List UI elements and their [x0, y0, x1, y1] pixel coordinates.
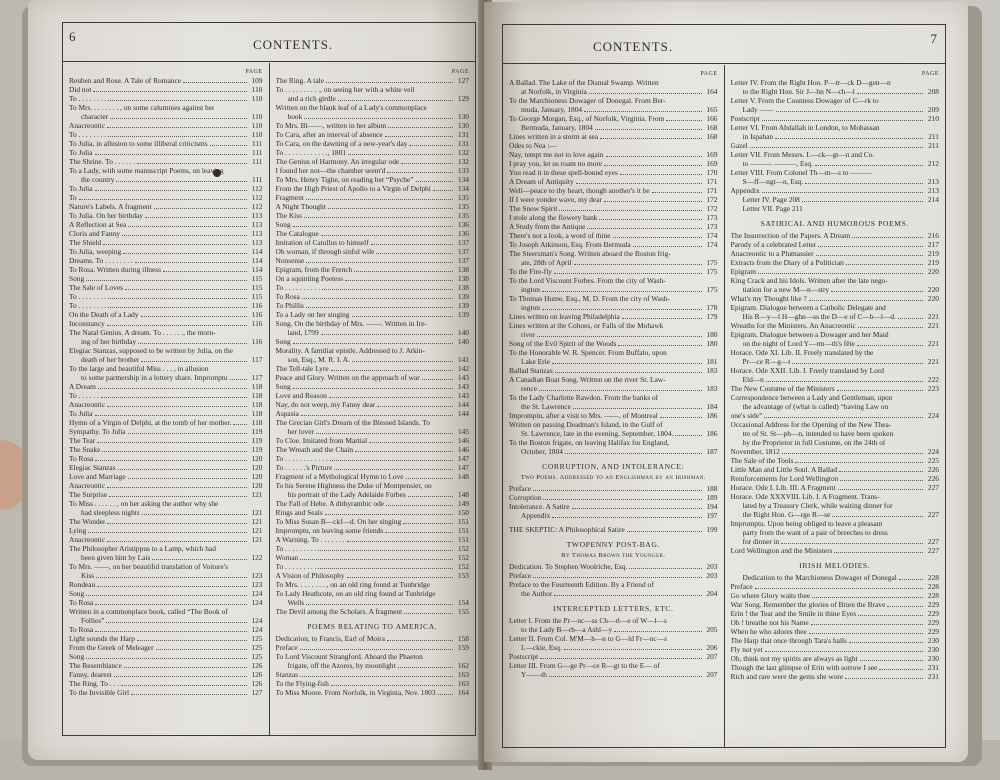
toc-entry-page: 231 — [925, 672, 939, 681]
toc-entry-page: 119 — [249, 427, 263, 436]
toc-entry: Appendix213 — [731, 186, 940, 195]
toc-entry-page: 172 — [704, 204, 718, 213]
dot-leader — [554, 273, 702, 274]
toc-entry-title: Horace. Ode XXXVIII. Lib. I. A Fragment.… — [731, 492, 880, 501]
toc-entry: Aspasia144 — [276, 409, 470, 418]
dot-leader — [98, 388, 247, 389]
toc-entry: To . . . . . . . . . ., on seeing her wi… — [276, 85, 470, 94]
toc-entry: King Crack and his Idols. Written after … — [731, 276, 940, 285]
toc-entry-page: 119 — [249, 436, 263, 445]
toc-entry: Anacreontic to a Plumassier219 — [731, 249, 940, 258]
toc-entry-title: To Mrs. Henry Tighe, on reading her “Psy… — [276, 175, 414, 184]
toc-entry-title: her lover — [288, 427, 314, 436]
toc-entry-page: 144 — [455, 400, 469, 409]
toc-entry-title: To — [69, 193, 77, 202]
toc-entry-page: 111 — [249, 175, 263, 184]
dot-leader — [316, 433, 453, 434]
toc-entry: and a rich girdle129 — [276, 94, 470, 103]
toc-entry-page: 138 — [455, 283, 469, 292]
toc-entry: The Resemblance126 — [69, 661, 263, 670]
toc-entry-page: 111 — [249, 148, 263, 157]
toc-entry-title: Impromptu. Upon being obliged to leave a… — [731, 519, 883, 528]
toc-entry-page: 152 — [455, 562, 469, 571]
left-page-column-2: PAGE The Ring. A tale127To . . . . . . .… — [269, 63, 476, 735]
toc-entry-page: 148 — [455, 490, 469, 499]
toc-entry: To . . . . . . . .110 — [69, 94, 263, 103]
toc-entry-title: To . . . . . . . . . — [276, 562, 317, 571]
dot-leader — [128, 433, 247, 434]
toc-entry: Peace and Glory. Written on the approach… — [276, 373, 470, 382]
toc-entry: To Mrs. . . . . . . . , on some calumnie… — [69, 103, 263, 112]
toc-entry-page: 158 — [455, 634, 469, 643]
toc-entry-page: 121 — [249, 526, 263, 535]
toc-entry-page: 110 — [249, 121, 263, 130]
toc-entry: to ——— ———, Esq.212 — [731, 159, 940, 168]
dot-leader — [775, 138, 923, 139]
toc-entry-page: 116 — [249, 310, 263, 319]
toc-entry: Impromptu, on leaving some friends151 — [276, 526, 470, 535]
toc-entry: Lines written in a storm at sea168 — [509, 132, 718, 141]
toc-entry-title: Song of the Evil Spirit of the Woods — [509, 339, 616, 348]
toc-entry-page: 129 — [455, 94, 469, 103]
toc-entry: The Fall of Hebe. A dithyrambic ode149 — [276, 499, 470, 508]
toc-entry-page: 212 — [925, 159, 939, 168]
dot-leader — [301, 415, 453, 416]
dot-leader — [433, 190, 453, 191]
toc-entry-title: To Mrs. ——, on her beautiful translation… — [69, 562, 228, 571]
dot-leader — [154, 208, 247, 209]
toc-entry: A Night Thought135 — [276, 202, 470, 211]
toc-entry-title: Inconstancy — [69, 319, 105, 328]
toc-entry-title: Lady —— — [743, 105, 775, 114]
toc-entry: To the Fire-fly175 — [509, 267, 718, 276]
toc-entry: been given him by Lais122 — [69, 553, 263, 562]
toc-entry-title: Anacreontic — [69, 481, 105, 490]
dot-leader — [331, 685, 453, 686]
dot-leader — [377, 406, 453, 407]
dot-leader — [555, 372, 702, 373]
toc-entry-page: 230 — [925, 636, 939, 645]
dot-leader — [300, 676, 453, 677]
toc-entry: To Julia118 — [69, 409, 263, 418]
toc-entry: The Natal Genius. A dream. To . . . . . … — [69, 328, 263, 337]
toc-entry-title: To Miss Susan B—ckf—d. On her singing — [276, 517, 402, 526]
toc-entry: Kiss123 — [69, 571, 263, 580]
toc-entry: If I were yonder wave, my dear172 — [509, 195, 718, 204]
toc-entry: to the Right Hon. Sir J—hn N—ch—l208 — [731, 87, 940, 96]
toc-entry: Postscript207 — [509, 652, 718, 661]
toc-entry-title: the Right Hon. G—rge R—se — [743, 510, 831, 519]
toc-entry-title: Ballad Stanzas — [509, 366, 553, 375]
toc-entry-title: The Steersman's Song. Written aboard the… — [509, 249, 671, 258]
toc-entry: Eld—n222 — [731, 375, 940, 384]
toc-entry-title: To the large and beautiful Miss . . . , … — [69, 364, 209, 373]
toc-entry-title: To Mrs. . . . . . . . , on some calumnie… — [69, 103, 214, 112]
toc-entry-page: 136 — [455, 229, 469, 238]
toc-entry: Gazel211 — [731, 141, 940, 150]
toc-entry-page: 213 — [925, 186, 939, 195]
toc-entry-title: To Joseph Atkinson, Esq. From Bermuda — [509, 240, 631, 249]
dot-leader — [792, 363, 923, 364]
toc-entry-title: Erin ! the Tear and the Smile in thine E… — [731, 609, 857, 618]
toc-entry-title: To . . . . . . . . — [69, 94, 106, 103]
toc-entry: Fly not yet230 — [731, 645, 940, 654]
dot-leader — [403, 523, 453, 524]
toc-entry: To Julia112 — [69, 184, 263, 193]
dot-leader — [898, 318, 923, 319]
toc-entry: Reinforcements for Lord Wellington226 — [731, 474, 940, 483]
dot-leader — [142, 514, 247, 515]
toc-entry: S—ff—ngt—n, Esq.213 — [731, 177, 940, 186]
dot-leader — [542, 291, 702, 292]
dot-leader — [554, 595, 701, 596]
toc-entry-page: 147 — [455, 463, 469, 472]
toc-entry: tre of St. St—ph—n, intended to have bee… — [731, 429, 940, 438]
toc-entry: Epigram, from the French138 — [276, 265, 470, 274]
toc-entry-page: 139 — [455, 310, 469, 319]
toc-entry: The Harp that once through Tara's halls2… — [731, 636, 940, 645]
left-page-column-1: PAGE Reuben and Rose. A Tale of Romance1… — [63, 63, 269, 735]
toc-entry-title: book — [288, 112, 303, 121]
toc-entry: The Kiss135 — [276, 211, 470, 220]
toc-entry-page: 146 — [455, 445, 469, 454]
toc-entry-page: 118 — [249, 382, 263, 391]
dot-leader — [666, 120, 701, 121]
toc-entry-page: 226 — [925, 474, 939, 483]
toc-entry-title: A Warning. To . . . . . . . — [276, 535, 345, 544]
toc-entry: Anacreontic110 — [69, 121, 263, 130]
toc-entry-page: 159 — [455, 643, 469, 652]
toc-entry-title: The Philosopher Aristippus to a Lamp, wh… — [69, 544, 216, 553]
dot-leader — [572, 508, 702, 509]
toc-entry-title: To . . . . . .'s Picture — [276, 463, 333, 472]
section-heading-corruption: CORRUPTION, AND INTOLERANCE: — [509, 462, 718, 471]
toc-entry: To Rosa120 — [69, 454, 263, 463]
toc-entry: Anacreontic120 — [69, 481, 263, 490]
toc-entry: Song125 — [69, 652, 263, 661]
toc-entry-page: 110 — [249, 130, 263, 139]
toc-entry: Horace. Ode I. Lib. III. A Fragment227 — [731, 483, 940, 492]
toc-entry-page: 180 — [704, 339, 718, 348]
dot-leader — [613, 237, 702, 238]
toc-entry-page: 163 — [455, 670, 469, 679]
toc-entry-title: To Rosa — [276, 292, 300, 301]
toc-entry-title: the advantage of (what is called) “havin… — [743, 402, 889, 411]
toc-entry-page: 178 — [704, 303, 718, 312]
dot-leader — [331, 370, 453, 371]
toc-entry-page: 115 — [249, 274, 263, 283]
dot-leader — [564, 649, 702, 650]
toc-entry: Correspondence between a Lady and Gentle… — [731, 393, 940, 402]
dot-leader — [587, 228, 701, 229]
dot-leader — [622, 318, 702, 319]
toc-entry-page: 139 — [455, 292, 469, 301]
toc-entry: Anacreontic121 — [69, 535, 263, 544]
toc-entry-title: for dinner in — [743, 537, 780, 546]
toc-entry-title: What's my Thought like ? — [731, 294, 807, 303]
toc-entry-page: 120 — [249, 481, 263, 490]
toc-entry: The Devil among the Scholars. A fragment… — [276, 607, 470, 616]
toc-entry-page: 112 — [249, 202, 263, 211]
toc-entry-title: Preface — [509, 571, 531, 580]
dot-leader — [633, 246, 702, 247]
toc-entry: To Mrs. . . . . . . . , on an old ring f… — [276, 580, 470, 589]
toc-entry: The Wreath and the Chain146 — [276, 445, 470, 454]
right-page-title: CONTENTS. — [593, 39, 673, 55]
toc-entry-page: 222 — [925, 375, 939, 384]
dot-leader — [304, 118, 453, 119]
toc-entry-page: 140 — [455, 328, 469, 337]
toc-entry-title: Appendix — [731, 186, 760, 195]
toc-entry-title: To Rosa. Written during illness — [69, 265, 161, 274]
toc-entry-title: To Thomas Hume, Esq., M. D. From the cit… — [509, 294, 670, 303]
toc-entry: Ballad Stanzas183 — [509, 366, 718, 375]
toc-entry-title: To . . . . . . . . . . — [276, 283, 321, 292]
toc-entry-title: to the Right Hon. Sir J—hn N—ch—l — [743, 87, 855, 96]
toc-entry-page: 126 — [249, 661, 263, 670]
toc-entry-page: 146 — [455, 436, 469, 445]
toc-entry-title: had sleepless nights — [81, 508, 140, 517]
toc-entry-title: Letter VIII. From Colonel Th—m—s to ——— — [731, 168, 873, 177]
toc-entry-page: 162 — [455, 661, 469, 670]
toc-entry-page: 173 — [704, 222, 718, 231]
dot-leader — [306, 307, 453, 308]
toc-entry: Preface to the Fourteenth Edition. By a … — [509, 580, 718, 589]
toc-entry: A Dream of Antiquity171 — [509, 177, 718, 186]
dot-leader — [102, 451, 246, 452]
dot-leader — [321, 235, 453, 236]
toc-entry: To . . . . . . . . .152 — [276, 544, 470, 553]
dot-leader — [438, 694, 453, 695]
dot-leader — [369, 442, 453, 443]
toc-entry: the country111 — [69, 175, 263, 184]
toc-entry-page: 147 — [455, 454, 469, 463]
toc-entry-page: 135 — [455, 202, 469, 211]
dot-leader — [122, 235, 247, 236]
dot-leader — [233, 424, 246, 425]
toc-entry-page: 168 — [704, 132, 718, 141]
toc-entry: To Mrs. Henry Tighe, on reading her “Psy… — [276, 175, 470, 184]
toc-entry-page: 127 — [455, 76, 469, 85]
toc-entry-title: Nay, do not weep, my Fanny dear — [276, 400, 376, 409]
toc-entry: To Phillis139 — [276, 301, 470, 310]
toc-entry: The Shield113 — [69, 238, 263, 247]
dot-leader — [533, 490, 701, 491]
toc-entry-page: 116 — [249, 337, 263, 346]
toc-entry-page: 116 — [249, 319, 263, 328]
toc-entry-page: 131 — [455, 130, 469, 139]
toc-entry-title: Epigram. Dialogue between a Catholic Del… — [731, 303, 886, 312]
toc-entry: To . . . . . . . . .152 — [276, 562, 470, 571]
toc-entry-title: by the Proprietor in full Costume, on th… — [743, 438, 886, 447]
toc-entry-title: Dedication, to Francis, Earl of Moira — [276, 634, 385, 643]
toc-entry: the Right Hon. G—rge R—se227 — [731, 510, 940, 519]
toc-entry: Bermuda, January, 1804168 — [509, 123, 718, 132]
toc-entry: river180 — [509, 330, 718, 339]
toc-entry-title: To George Morgan, Esq., of Norfolk, Virg… — [509, 114, 664, 123]
toc-entry-title: one's side” — [731, 411, 763, 420]
dot-leader — [834, 552, 923, 553]
toc-entry: Nay, do not weep, my Fanny dear144 — [276, 400, 470, 409]
toc-entry-title: Horace. Ode XI. Lib. II. Freely translat… — [731, 348, 874, 357]
toc-entry-title: To the Lady Charlotte Rawdon. From the b… — [509, 393, 658, 402]
toc-entry: To Julia. On her birthday113 — [69, 211, 263, 220]
toc-entry-title: The Resemblance — [69, 661, 122, 670]
left-page-frame: 6 CONTENTS. PAGE Reuben and Rose. A Tale… — [62, 22, 476, 736]
toc-entry-page: 174 — [704, 231, 718, 240]
toc-entry: Letter IV. From the Right Hon. P—tr—ck D… — [731, 78, 940, 87]
toc-entry-page: 214 — [925, 195, 939, 204]
dot-leader — [131, 694, 246, 695]
toc-entry-page: 165 — [704, 105, 718, 114]
dot-leader — [95, 631, 246, 632]
toc-entry: To a Lady on her singing139 — [276, 310, 470, 319]
toc-entry-title: Letter VII. From Messrs. L—ck—gt—n and C… — [731, 150, 875, 159]
toc-entry: To Lord Viscount Strangford. Aboard the … — [276, 652, 470, 661]
toc-entry: Song. On the birthday of Mrs. ——. Writte… — [276, 319, 470, 328]
toc-entry-title: To Mrs. . . . . . . . , on an old ring f… — [276, 580, 430, 589]
toc-entry-title: The Sale of the Tools — [731, 456, 794, 465]
toc-entry-page: 224 — [925, 411, 939, 420]
dot-leader — [95, 460, 246, 461]
toc-entry: Song140 — [276, 337, 470, 346]
toc-entry: The Sale of Loves115 — [69, 283, 263, 292]
toc-entry-title: to the Lady B—rb—a Ashl—y — [521, 625, 612, 634]
dot-leader — [347, 541, 453, 542]
toc-entry-page: 112 — [249, 193, 263, 202]
toc-entry: Epigram. Dialogue between a Catholic Del… — [731, 303, 940, 312]
toc-entry: To . . . . . . . . . . . ., 1801132 — [276, 148, 470, 157]
toc-entry-title: A Dream — [69, 382, 96, 391]
dot-leader — [128, 478, 247, 479]
toc-entry-title: October, 1804 — [521, 447, 563, 456]
toc-entry-title: Odes to Nea :— — [509, 141, 557, 150]
toc-entry-page: 171 — [704, 186, 718, 195]
toc-entry-page: 168 — [704, 123, 718, 132]
toc-entry-page: 208 — [925, 87, 939, 96]
toc-entry-title: Dreams. To . . . . . . . . — [69, 256, 133, 265]
toc-entry-title: Preface — [276, 643, 298, 652]
toc-entry-title: Gazel — [731, 141, 748, 150]
toc-entry-page: 122 — [249, 553, 263, 562]
toc-entry: Fragment135 — [276, 193, 470, 202]
dot-leader — [97, 586, 246, 587]
toc-entry: the advantage of (what is called) “havin… — [731, 402, 940, 411]
toc-entry: The Snow Spirit172 — [509, 204, 718, 213]
toc-entry-page: 230 — [925, 645, 939, 654]
toc-entry-page: 139 — [455, 301, 469, 310]
dot-leader — [355, 451, 453, 452]
dot-leader — [116, 181, 246, 182]
toc-entry: From the High Priest of Apollo to a Virg… — [276, 184, 470, 193]
toc-entry-page: 140 — [455, 337, 469, 346]
toc-entry: Impromptu. Upon being obliged to leave a… — [731, 519, 940, 528]
toc-entry: Written on the blank leaf of a Lady's co… — [276, 103, 470, 112]
toc-entry: To the large and beautiful Miss . . . , … — [69, 364, 263, 373]
toc-entry: death of her brother117 — [69, 355, 263, 364]
toc-entry: Dedication. To Stephen Woolriche, Esq.20… — [509, 562, 718, 571]
toc-entry-title: Letter I. From the Pr—nc—ss Ch—rl—e of W… — [509, 616, 667, 625]
dot-leader — [559, 210, 701, 211]
dot-leader — [97, 442, 246, 443]
toc-entry-title: Parody of a celebrated Letter — [731, 240, 817, 249]
toc-entry-title: Horace. Ode I. Lib. III. A Fragment — [731, 483, 836, 492]
dot-leader — [409, 145, 453, 146]
toc-entry-page: 227 — [925, 546, 939, 555]
dot-leader — [152, 559, 246, 560]
dot-leader — [128, 226, 246, 227]
toc-entry-title: November, 1812 — [731, 447, 780, 456]
toc-entry-title: Lake Erie — [521, 357, 550, 366]
toc-entry-title: Song — [69, 652, 84, 661]
toc-entry: in Ispahan211 — [731, 132, 940, 141]
dot-leader — [322, 289, 453, 290]
toc-entry-page: 133 — [455, 166, 469, 175]
dot-leader — [88, 532, 246, 533]
toc-entry-title: I stole along the flowery bank — [509, 213, 597, 222]
dot-leader — [107, 541, 246, 542]
toc-entry: To Miss Moore. From Norfolk, in Virginia… — [276, 688, 470, 697]
toc-entry-title: Song — [276, 220, 291, 229]
toc-entry-title: Anacreontic — [69, 400, 105, 409]
toc-entry-page: 132 — [455, 148, 469, 157]
toc-entry-title: Woman — [276, 553, 299, 562]
dot-leader — [858, 615, 923, 616]
dot-leader — [106, 622, 246, 623]
toc-entry: To a Lady, with some manuscript Poems, o… — [69, 166, 263, 175]
dot-leader — [329, 397, 453, 398]
toc-entry-page: 118 — [249, 418, 263, 427]
toc-entry-title: Go where Glory waits thee — [731, 591, 811, 600]
toc-entry-title: The Wreath and the Chain — [276, 445, 354, 454]
toc-entry: frigate, off the Azores, by moonlight162 — [276, 661, 470, 670]
toc-entry-title: To Miss . . . . . . , on her asking the … — [69, 499, 218, 508]
toc-entry: Letter VII. From Messrs. L—ck—gt—n and C… — [731, 150, 940, 159]
dot-leader — [404, 613, 453, 614]
toc-entry: Impromptu, after a visit to Mrs. ——, of … — [509, 411, 718, 420]
dot-leader — [230, 379, 247, 380]
toc-entry-page: 123 — [249, 580, 263, 589]
toc-entry-title: Dedication to the Marchioness Dowager of… — [743, 573, 897, 582]
right-page-frame: CONTENTS. 7 PAGE A Ballad. The Lake of t… — [502, 24, 946, 748]
toc-entry: To . . . . . .118 — [69, 391, 263, 400]
dot-leader — [95, 415, 247, 416]
toc-entry: had sleepless nights121 — [69, 508, 263, 517]
toc-entry-title: muda, January, 1804 — [521, 105, 582, 114]
toc-entry-title: A Ballad. The Lake of the Dismal Swamp. … — [509, 78, 659, 87]
toc-entry: Love and Reason143 — [276, 391, 470, 400]
toc-entry-page: 120 — [249, 472, 263, 481]
toc-entry-page: 111 — [249, 157, 263, 166]
dot-leader — [816, 255, 923, 256]
toc-entry: To the Lady Charlotte Rawdon. From the b… — [509, 393, 718, 402]
toc-entry-title: Appendix — [521, 511, 550, 520]
toc-entry-title: lated by a Treasury Clerk, while waiting… — [743, 501, 893, 510]
dot-leader — [300, 649, 453, 650]
toc-entry: ington178 — [509, 303, 718, 312]
toc-entry: The Steersman's Song. Written aboard the… — [509, 249, 718, 258]
toc-entry: A Canadian Boat Song. Written on the riv… — [509, 375, 718, 384]
toc-entry-title: Preface — [509, 484, 531, 493]
toc-entry-title: and a rich girdle — [288, 94, 336, 103]
toc-entry: On the Death of a Lady116 — [69, 310, 263, 319]
toc-entry-page: 124 — [249, 625, 263, 634]
toc-entry: Parody of a celebrated Letter217 — [731, 240, 940, 249]
toc-entry: tiation for a new M—n—stry220 — [731, 285, 940, 294]
toc-entry-title: party from the want of a pair of breeche… — [743, 528, 888, 537]
toc-entry-page: 220 — [925, 285, 939, 294]
toc-entry-page: 179 — [704, 312, 718, 321]
